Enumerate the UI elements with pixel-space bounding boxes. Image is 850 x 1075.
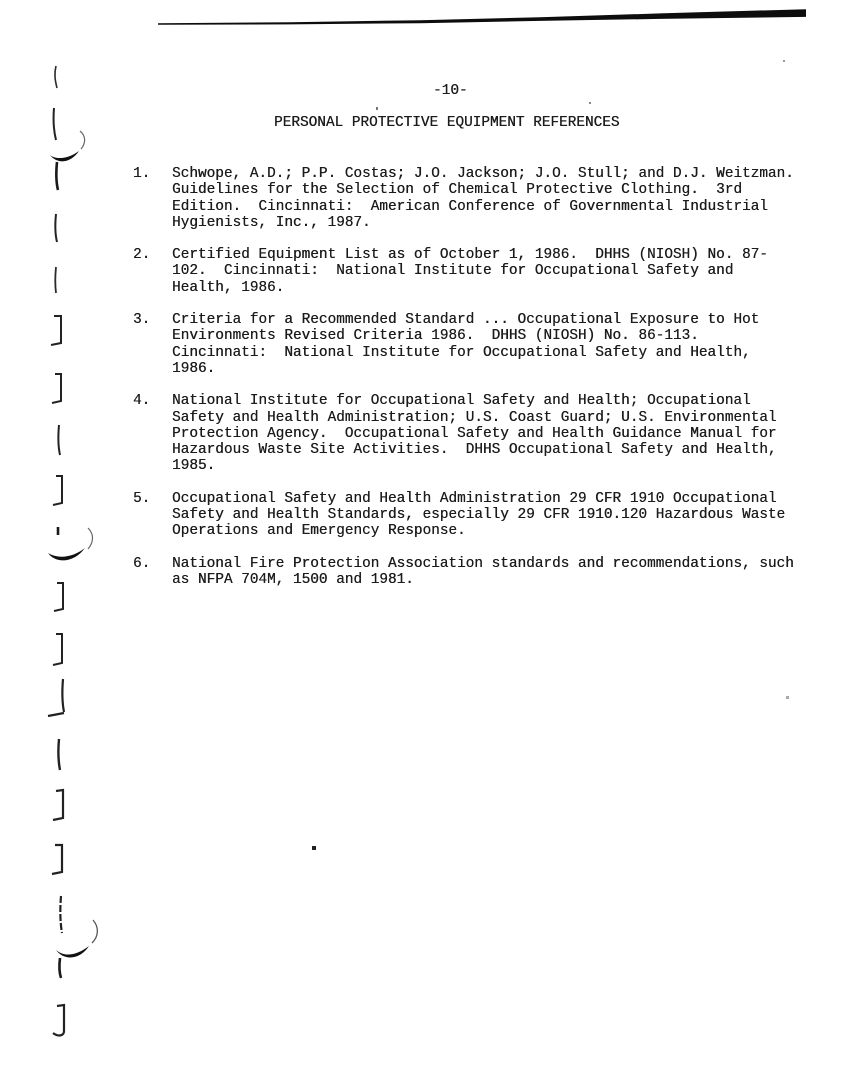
reference-text: Certified Equipment List as of October 1… (172, 247, 768, 296)
reference-line: Hygienists, Inc., 1987. (172, 215, 794, 231)
scan-mark (58, 425, 60, 455)
reference-line: Safety and Health Administration; U.S. C… (172, 410, 777, 426)
reference-line: 1985. (172, 458, 777, 474)
reference-line: Safety and Health Standards, especially … (172, 507, 785, 523)
scan-mark (62, 679, 64, 712)
reference-line: National Fire Protection Association sta… (172, 556, 794, 572)
scan-mark (56, 162, 58, 190)
reference-line: Operations and Emergency Response. (172, 523, 785, 539)
scanned-document-page: -10- PERSONAL PROTECTIVE EQUIPMENT REFER… (0, 0, 850, 1075)
scan-mark (52, 374, 61, 403)
scan-speck (589, 102, 591, 104)
reference-line: Schwope, A.D.; P.P. Costas; J.O. Jackson… (172, 166, 794, 182)
reference-text: Schwope, A.D.; P.P. Costas; J.O. Jackson… (172, 166, 794, 231)
reference-line: Cincinnati: National Institute for Occup… (172, 345, 759, 361)
scan-mark (92, 920, 97, 943)
reference-number: 6. (133, 556, 172, 589)
scan-mark (48, 548, 85, 560)
reference-line: Health, 1986. (172, 280, 768, 296)
scan-speck (783, 60, 785, 62)
page-number: -10- (433, 83, 468, 99)
reference-line: 102. Cincinnati: National Institute for … (172, 263, 768, 279)
scan-speck (786, 696, 789, 699)
scan-mark (53, 634, 62, 665)
reference-item: 2.Certified Equipment List as of October… (133, 247, 823, 296)
reference-item: 4.National Institute for Occupational Sa… (133, 393, 823, 474)
reference-line: Guidelines for the Selection of Chemical… (172, 182, 794, 198)
scan-mark (53, 790, 63, 820)
reference-line: Criteria for a Recommended Standard ... … (172, 312, 759, 328)
reference-line: National Institute for Occupational Safe… (172, 393, 777, 409)
reference-line: as NFPA 704M, 1500 and 1981. (172, 572, 794, 588)
page-title: PERSONAL PROTECTIVE EQUIPMENT REFERENCES (274, 115, 619, 131)
scan-mark (55, 214, 57, 242)
scan-mark (56, 946, 89, 957)
scan-speck (376, 107, 378, 110)
scan-mark (55, 66, 57, 88)
scan-mark (60, 896, 62, 933)
reference-line: Certified Equipment List as of October 1… (172, 247, 768, 263)
reference-line: Occupational Safety and Health Administr… (172, 491, 785, 507)
reference-line: Hazardous Waste Site Activities. DHHS Oc… (172, 442, 777, 458)
scan-mark (88, 528, 93, 549)
scan-mark (48, 713, 64, 716)
scan-mark (52, 845, 62, 874)
reference-number: 1. (133, 166, 172, 231)
reference-text: National Fire Protection Association sta… (172, 556, 794, 589)
scan-mark (80, 131, 85, 149)
reference-number: 4. (133, 393, 172, 474)
scan-mark (51, 316, 61, 345)
scan-mark (54, 583, 63, 611)
reference-number: 3. (133, 312, 172, 377)
reference-text: Criteria for a Recommended Standard ... … (172, 312, 759, 377)
reference-text: Occupational Safety and Health Administr… (172, 491, 785, 540)
reference-item: 6.National Fire Protection Association s… (133, 556, 823, 589)
reference-number: 2. (133, 247, 172, 296)
reference-line: 1986. (172, 361, 759, 377)
reference-item: 1.Schwope, A.D.; P.P. Costas; J.O. Jacks… (133, 166, 823, 231)
scan-mark (58, 739, 60, 770)
reference-line: Edition. Cincinnati: American Conference… (172, 199, 794, 215)
reference-text: National Institute for Occupational Safe… (172, 393, 777, 474)
scan-mark (55, 267, 56, 293)
scan-mark (50, 151, 79, 161)
scan-mark (53, 476, 62, 505)
scan-mark (59, 958, 61, 978)
scan-speck (312, 846, 316, 850)
reference-line: Protection Agency. Occupational Safety a… (172, 426, 777, 442)
reference-item: 5.Occupational Safety and Health Adminis… (133, 491, 823, 540)
reference-list: 1.Schwope, A.D.; P.P. Costas; J.O. Jacks… (133, 166, 823, 604)
reference-line: Environments Revised Criteria 1986. DHHS… (172, 328, 759, 344)
scan-mark (53, 1005, 64, 1035)
scan-mark (54, 108, 56, 140)
reference-item: 3.Criteria for a Recommended Standard ..… (133, 312, 823, 377)
top-scan-bar (158, 9, 806, 25)
reference-number: 5. (133, 491, 172, 540)
